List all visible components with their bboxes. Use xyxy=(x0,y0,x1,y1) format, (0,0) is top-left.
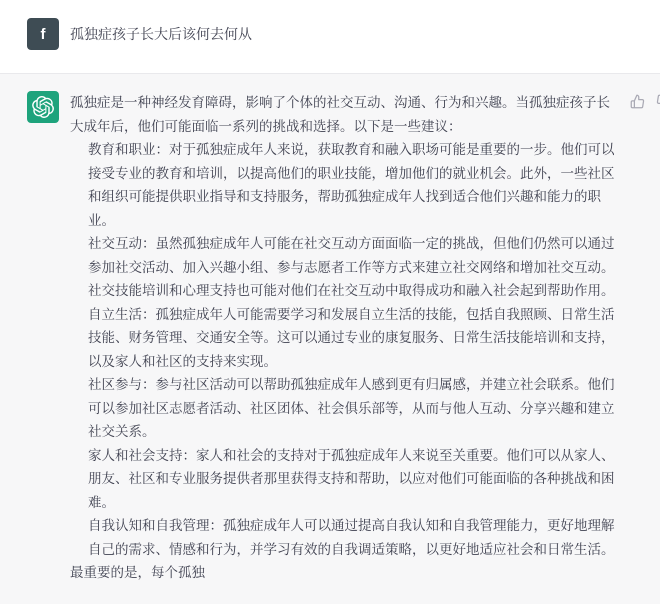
assistant-intro-paragraph: 孤独症是一种神经发育障碍，影响了个体的社交互动、沟通、行为和兴趣。当孤独症孩子长… xyxy=(70,91,615,138)
assistant-message-row: 孤独症是一种神经发育障碍，影响了个体的社交互动、沟通、行为和兴趣。当孤独症孩子长… xyxy=(0,73,660,604)
user-avatar: f xyxy=(27,18,59,50)
thumbs-down-icon[interactable] xyxy=(656,94,660,109)
suggestion-paragraph: 家人和社会支持：家人和社会的支持对于孤独症成年人来说至关重要。他们可以从家人、朋… xyxy=(88,444,615,515)
assistant-message-text: 孤独症是一种神经发育障碍，影响了个体的社交互动、沟通、行为和兴趣。当孤独症孩子长… xyxy=(70,91,615,585)
user-message-text: 孤独症孩子长大后该何去何从 xyxy=(70,18,252,44)
suggestion-paragraph: 社区参与：参与社区活动可以帮助孤独症成年人感到更有归属感，并建立社会联系。他们可… xyxy=(88,373,615,444)
suggestions-block: 教育和职业：对于孤独症成年人来说，获取教育和融入职场可能是重要的一步。他们可以接… xyxy=(70,138,615,561)
feedback-buttons xyxy=(630,94,660,109)
thumbs-up-icon[interactable] xyxy=(630,94,645,109)
chatgpt-logo-icon xyxy=(27,91,59,123)
chat-window: f 孤独症孩子长大后该何去何从 孤独症是一种神经发育障碍，影响了个体的社交互动、… xyxy=(0,0,660,604)
user-avatar-letter: f xyxy=(41,26,46,43)
suggestion-paragraph: 社交互动：虽然孤独症成年人可能在社交互动方面面临一定的挑战，但他们仍然可以通过参… xyxy=(88,232,615,303)
suggestion-paragraph: 自立生活：孤独症成年人可能需要学习和发展自立生活的技能，包括自我照顾、日常生活技… xyxy=(88,303,615,374)
suggestion-paragraph: 教育和职业：对于孤独症成年人来说，获取教育和融入职场可能是重要的一步。他们可以接… xyxy=(88,138,615,232)
suggestion-paragraph: 自我认知和自我管理：孤独症成年人可以通过提高自我认知和自我管理能力，更好地理解自… xyxy=(88,514,615,561)
assistant-outro-paragraph: 最重要的是，每个孤独 xyxy=(70,561,615,585)
user-message-row: f 孤独症孩子长大后该何去何从 xyxy=(0,0,660,73)
